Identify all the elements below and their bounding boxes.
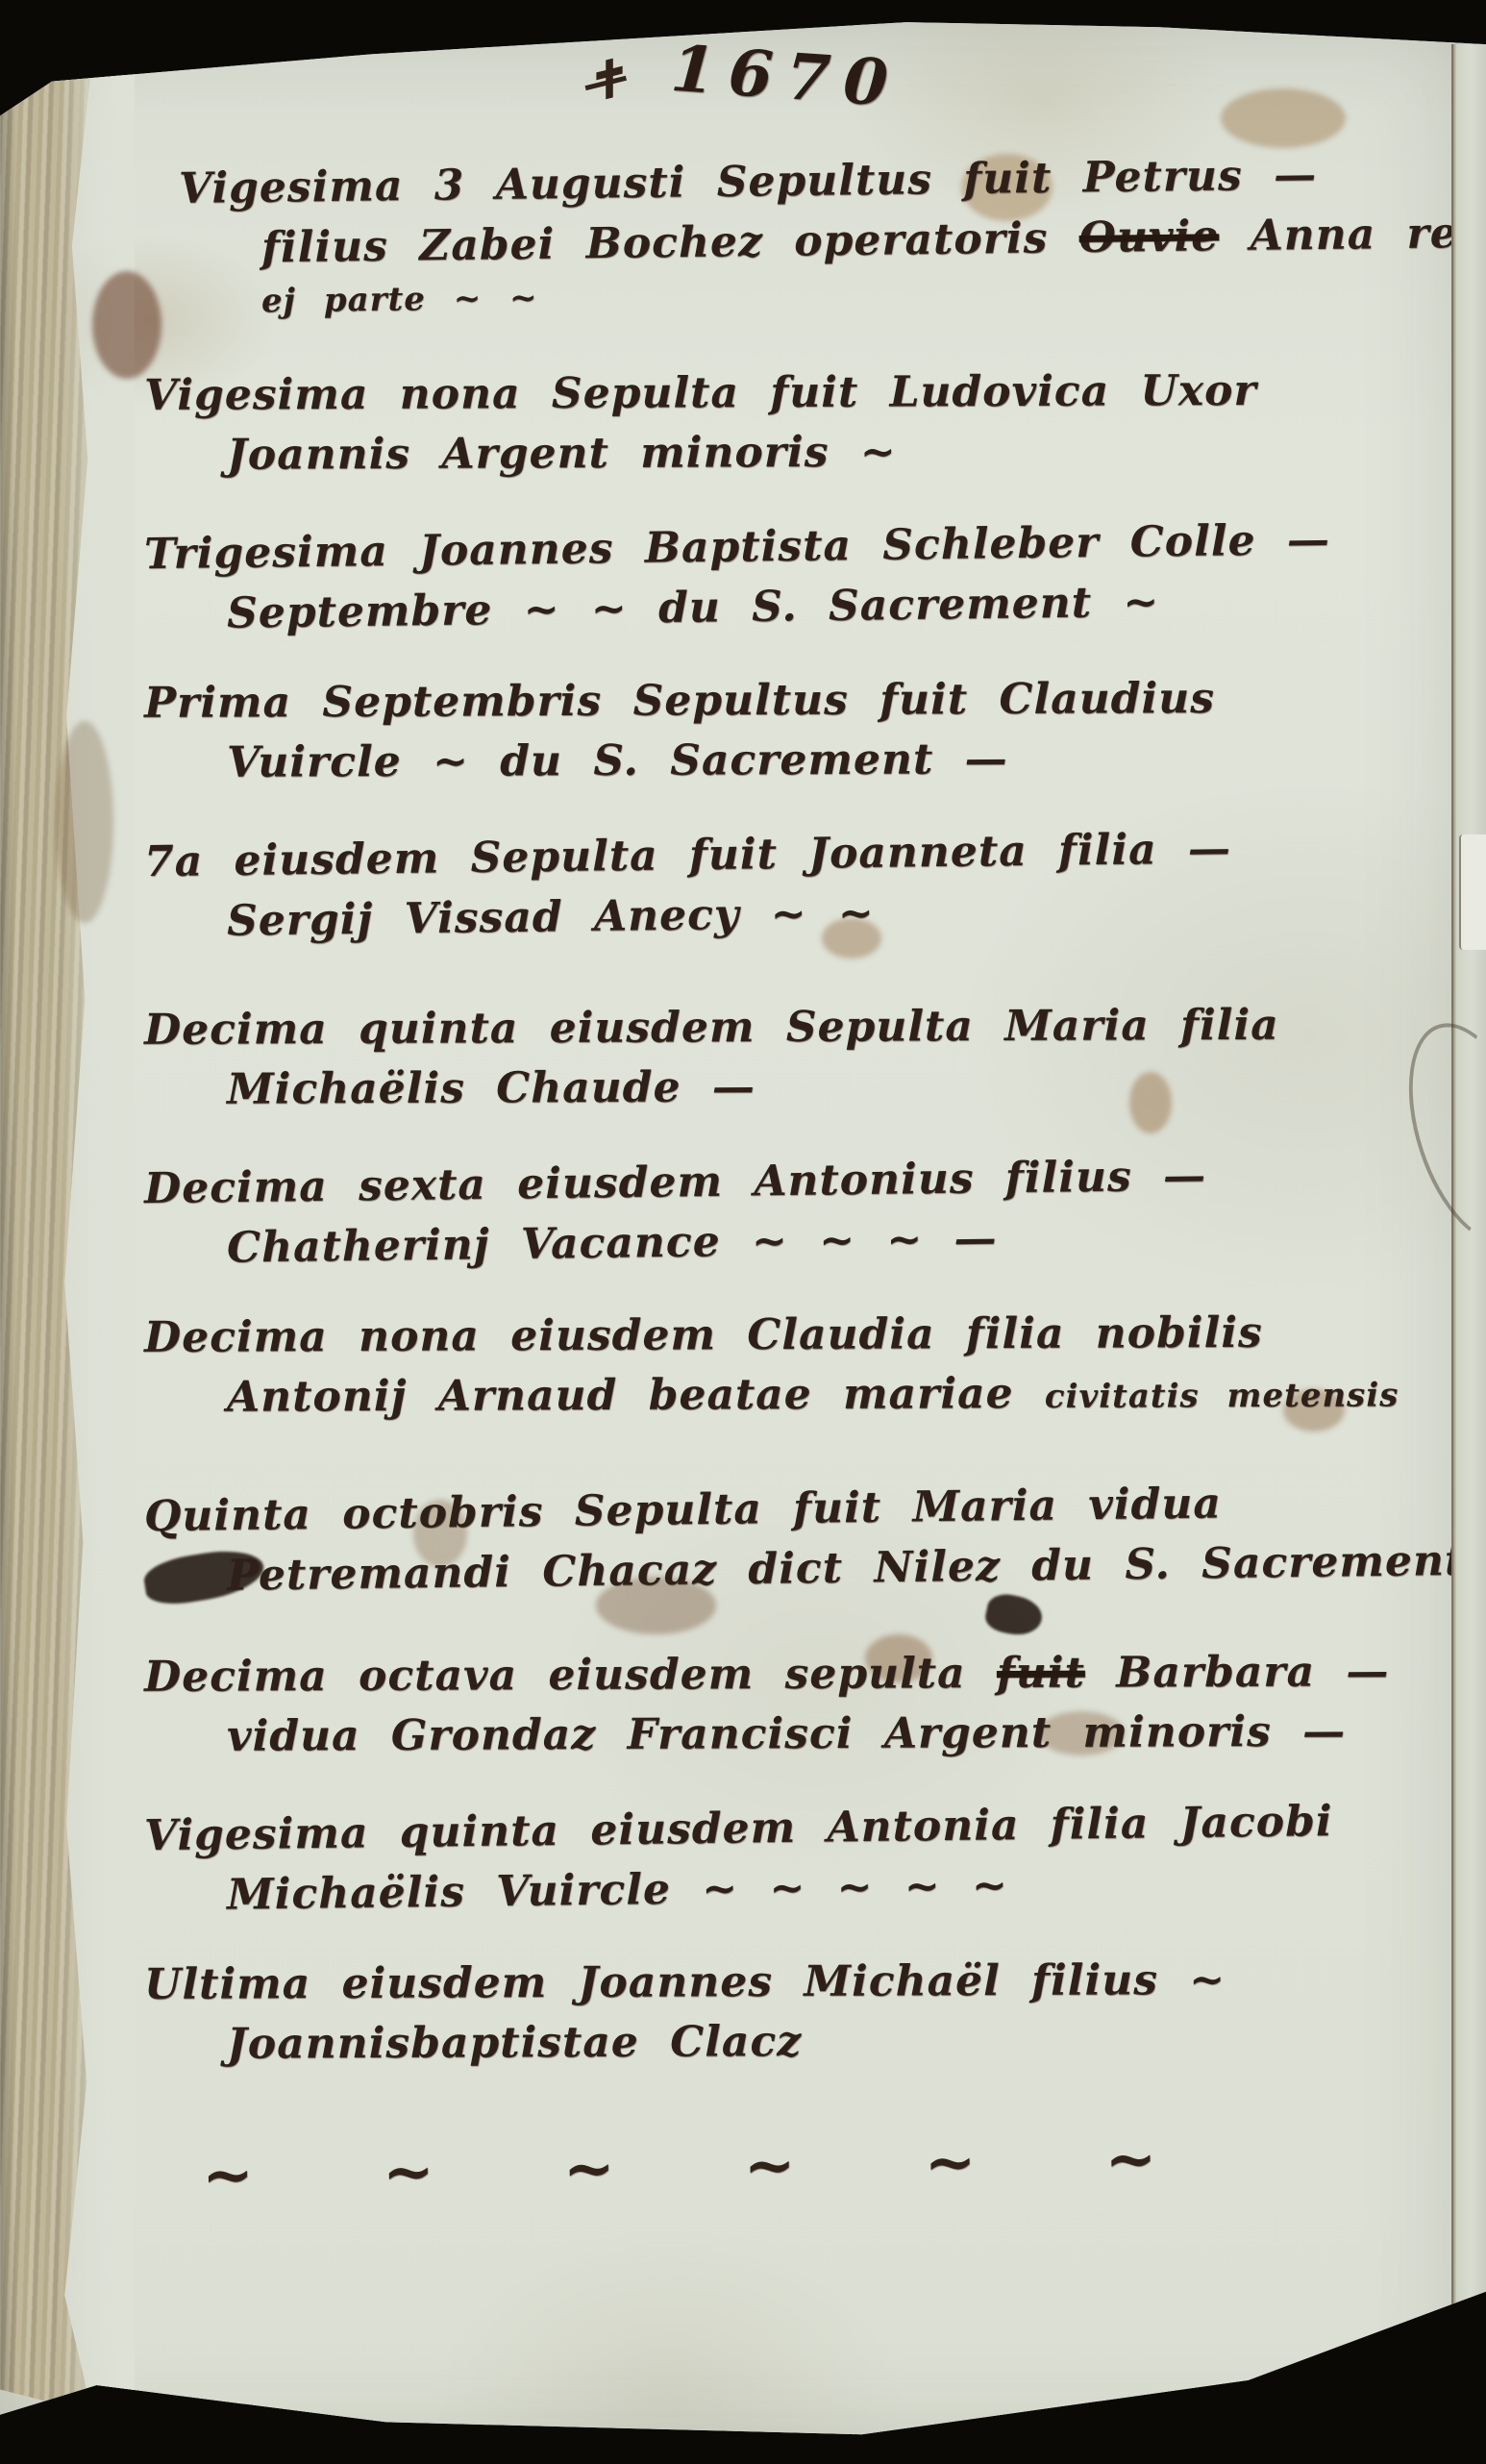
- register-entry: Vigesima 3 Augusti Sepultus fuit Petrus …: [179, 152, 1423, 317]
- entry-text: civitatis metensis: [1045, 1376, 1399, 1416]
- entry-text: Chatherinj Vacance ~ ~ ~ —: [227, 1214, 998, 1273]
- year-text: 1670: [669, 31, 904, 122]
- entry-text: Trigesima Joannes Baptista Schleber Coll…: [144, 515, 1330, 579]
- register-entry: Trigesima Joannes Baptista Schleber Coll…: [144, 517, 1423, 636]
- register-entry: Decima nona eiusdem Claudia filia nobili…: [144, 1306, 1423, 1428]
- entry-text: Petremandi Chacaz dict Nilez du S. Sacre…: [227, 1536, 1466, 1601]
- register-entry: Decima quinta eiusdem Sepulta Maria fili…: [144, 998, 1423, 1117]
- register-entry: 7a eiusdem Sepulta fuit Joanneta filia —…: [144, 825, 1423, 944]
- entry-text: Vigesima 3 Augusti Sepultus fuit Petrus …: [179, 150, 1318, 212]
- page-tab: [1459, 834, 1486, 950]
- cross-mark-icon: ✝: [579, 48, 633, 115]
- entry-text: Decima sexta eiusdem Antonius filius —: [144, 1152, 1207, 1213]
- entry-text: Decima octava eiusdem sepulta: [144, 1649, 997, 1702]
- register-entry: Prima Septembris Sepultus fuit ClaudiusV…: [144, 671, 1423, 790]
- entry-text: Vuircle ~ du S. Sacrement —: [227, 734, 1008, 787]
- entry-line: Michaëlis Chaude —: [227, 1055, 1423, 1119]
- entry-text: Vigesima quinta eiusdem Antonia filia Ja…: [144, 1797, 1333, 1860]
- struck-word: Ouvie: [1078, 212, 1219, 262]
- entry-line: vidua Grondaz Francisci Argent minoris —: [227, 1702, 1423, 1766]
- flourish-row: ~ ~ ~ ~ ~ ~: [201, 2120, 1355, 2212]
- entry-text: Decima quinta eiusdem Sepulta Maria fili…: [144, 1001, 1279, 1055]
- register-entry: Quinta octobris Sepulta fuit Maria vidua…: [144, 1480, 1423, 1599]
- entry-text: Joannisbaptistae Clacz: [227, 2017, 802, 2069]
- entry-text: Anna requiescat: [1219, 207, 1486, 261]
- entry-text: Prima Septembris Sepultus fuit Claudius: [144, 674, 1215, 728]
- entry-text: Sergij Vissad Anecy ~ ~: [227, 888, 875, 945]
- register-entry: Vigesima quinta eiusdem Antonia filia Ja…: [144, 1799, 1423, 1918]
- entry-text: Michaëlis Chaude —: [227, 1062, 755, 1113]
- entry-line: Decima octava eiusdem sepulta fuit Barba…: [144, 1642, 1423, 1707]
- entry-line: Decima quinta eiusdem Sepulta Maria fili…: [144, 995, 1423, 1060]
- entry-line: Ultima eiusdem Joannes Michaël filius ~: [144, 1950, 1423, 2015]
- struck-word: fuit: [997, 1649, 1085, 1698]
- entry-text: Antonij Arnaud beatae mariae: [227, 1369, 1045, 1422]
- entry-text: Quinta octobris Sepulta fuit Maria vidua: [144, 1479, 1222, 1541]
- entry-text: ej parte ~ ~: [261, 279, 538, 321]
- entry-line: Decima nona eiusdem Claudia filia nobili…: [144, 1303, 1423, 1368]
- binding-edge-fade: [58, 58, 135, 2413]
- entry-text: Joannis Argent minoris ~: [227, 428, 897, 480]
- register-entry: Decima sexta eiusdem Antonius filius —Ch…: [144, 1152, 1423, 1271]
- entry-text: Septembre ~ ~ du S. Sacrement ~: [227, 578, 1160, 638]
- entry-text: vidua Grondaz Francisci Argent minoris —: [227, 1707, 1346, 1761]
- register-entry: Decima octava eiusdem sepulta fuit Barba…: [144, 1645, 1423, 1764]
- entry-line: Vuircle ~ du S. Sacrement —: [227, 728, 1423, 792]
- entry-line: Vigesima nona Sepulta fuit Ludovica Uxor: [144, 361, 1423, 426]
- entry-text: Vigesima nona Sepulta fuit Ludovica Uxor: [144, 366, 1257, 420]
- manuscript-page: ✝1670 Vigesima 3 Augusti Sepultus fuit P…: [0, 0, 1486, 2464]
- entries: Vigesima 3 Augusti Sepultus fuit Petrus …: [144, 152, 1423, 2106]
- entry-text: 7a eiusdem Sepulta fuit Joanneta filia —: [144, 824, 1231, 886]
- register-entry: Ultima eiusdem Joannes Michaël filius ~J…: [144, 1953, 1423, 2072]
- ink-stain: [56, 721, 113, 923]
- entry-text: filius Zabei Bochez operatoris: [261, 213, 1079, 272]
- entry-line: Prima Septembris Sepultus fuit Claudius: [144, 668, 1423, 734]
- entry-text: Ultima eiusdem Joannes Michaël filius ~: [144, 1955, 1226, 2009]
- entry-line: Joannisbaptistae Clacz: [227, 2009, 1423, 2074]
- entry-line: Joannis Argent minoris ~: [227, 420, 1423, 485]
- entry-text: Decima nona eiusdem Claudia filia nobili…: [144, 1308, 1263, 1362]
- entry-text: Barbara —: [1085, 1647, 1390, 1697]
- register-entry: Vigesima nona Sepulta fuit Ludovica Uxor…: [144, 363, 1423, 483]
- entry-text: Michaëlis Vuircle ~ ~ ~ ~ ~: [227, 1861, 1008, 1920]
- entry-line: Antonij Arnaud beatae mariae civitatis m…: [227, 1362, 1423, 1430]
